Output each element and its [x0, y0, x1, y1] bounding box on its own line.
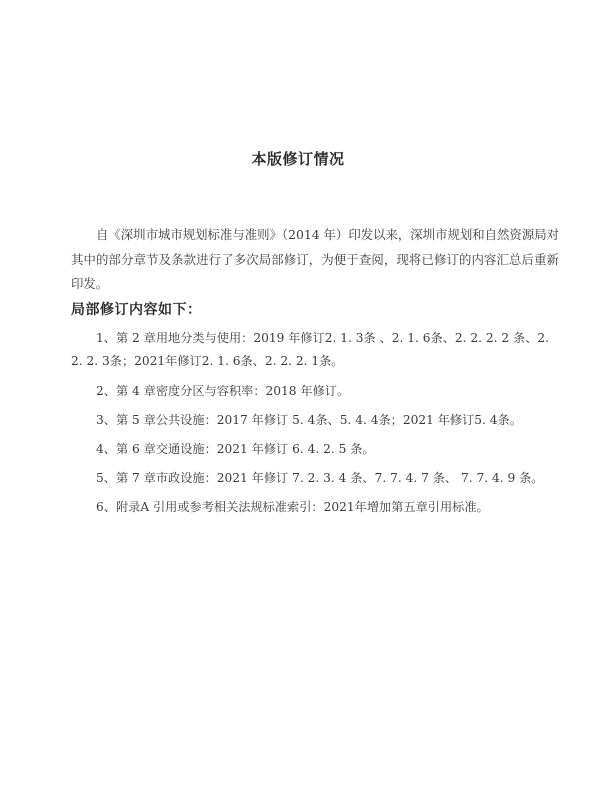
revision-item: 5、第 7 章市政设施：2021 年修订 7. 2. 3. 4 条、7. 7. …: [71, 467, 559, 490]
page-title: 本版修订情况: [0, 148, 596, 169]
revision-item: 6、附录A 引用或参考相关法规标准索引：2021年增加第五章引用标准。: [71, 496, 559, 519]
revision-item: 3、第 5 章公共设施：2017 年修订 5. 4条、5. 4. 4条；2021…: [71, 409, 559, 432]
revision-list: 1、第 2 章用地分类与使用：2019 年修订2. 1. 3条 、2. 1. 6…: [71, 327, 559, 525]
intro-paragraph: 自《深圳市城市规划标准与准则》（2014 年）印发以来，深圳市规划和自然资源局对…: [71, 223, 559, 297]
revision-item: 4、第 6 章交通设施：2021 年修订 6. 4. 2. 5 条。: [71, 438, 559, 461]
revision-item: 1、第 2 章用地分类与使用：2019 年修订2. 1. 3条 、2. 1. 6…: [71, 327, 559, 373]
section-heading: 局部修订内容如下：: [71, 299, 202, 319]
document-page: 本版修订情况 自《深圳市城市规划标准与准则》（2014 年）印发以来，深圳市规划…: [0, 0, 596, 808]
revision-item: 2、第 4 章密度分区与容积率：2018 年修订。: [71, 380, 559, 403]
